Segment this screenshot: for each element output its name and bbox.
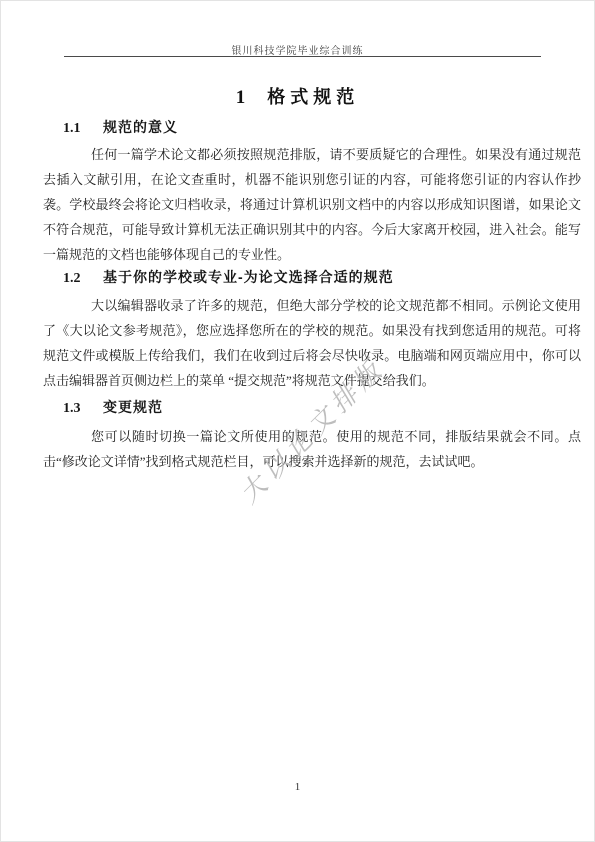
- section-heading-1-3: 1.3变更规范: [63, 397, 574, 417]
- section-number: 1.1: [63, 121, 103, 137]
- section-heading-text: 基于你的学校或专业-为论文选择合适的规范: [103, 269, 394, 285]
- chapter-number: 1: [236, 87, 246, 108]
- section-heading-1-1: 1.1规范的意义: [63, 117, 574, 137]
- header-rule: [64, 56, 541, 57]
- section-heading-1-2: 1.2基于你的学校或专业-为论文选择合适的规范: [63, 267, 574, 287]
- section-heading-text: 规范的意义: [103, 119, 178, 135]
- section-paragraph-1-3: 您可以随时切换一篇论文所使用的规范。使用的规范不同，排版结果就会不同。点击“修改…: [43, 424, 581, 474]
- section-number: 1.3: [63, 401, 103, 417]
- document-page: 银川科技学院毕业综合训练 1格式规范 1.1规范的意义 任何一篇学术论文都必须按…: [0, 0, 595, 842]
- section-heading-text: 变更规范: [103, 399, 163, 415]
- section-paragraph-1-1: 任何一篇学术论文都必须按照规范排版，请不要质疑它的合理性。如果没有通过规范去插入…: [43, 142, 581, 267]
- chapter-title: 1格式规范: [1, 83, 594, 109]
- section-number: 1.2: [63, 271, 103, 287]
- page-number: 1: [1, 781, 594, 793]
- chapter-title-text: 格式规范: [267, 87, 359, 107]
- running-header: 银川科技学院毕业综合训练: [1, 42, 594, 57]
- section-paragraph-1-2: 大以编辑器收录了许多的规范，但绝大部分学校的论文规范都不相同。示例论文使用了《大…: [43, 293, 581, 393]
